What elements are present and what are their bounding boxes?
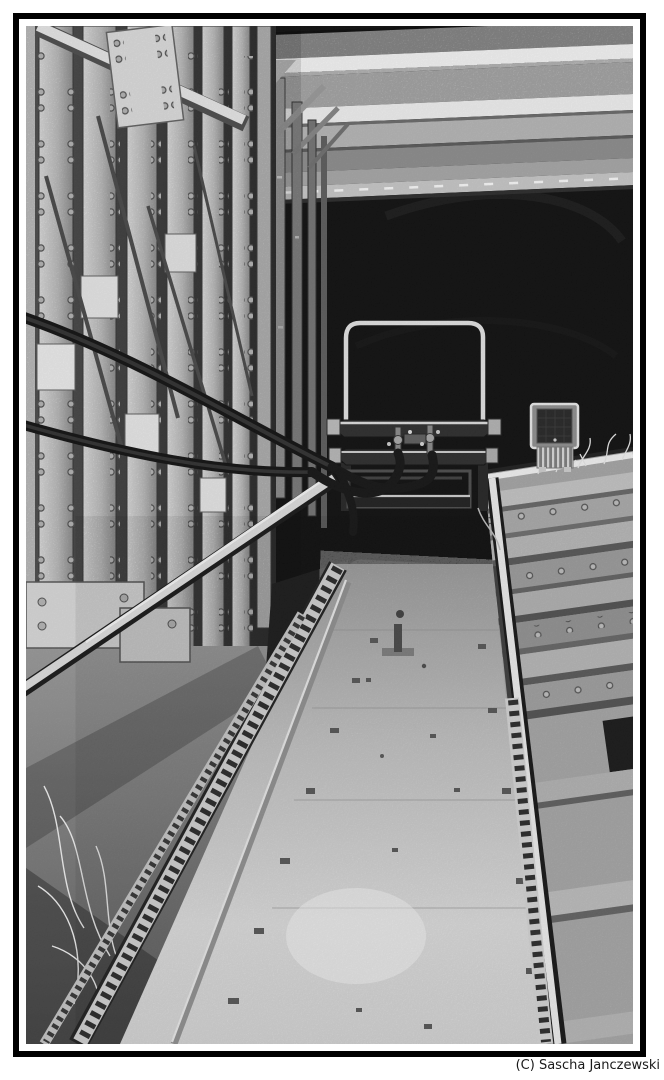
page-background: (C) Sascha Janczewski xyxy=(0,0,664,1080)
photo-frame xyxy=(13,13,646,1057)
film-grain xyxy=(26,26,633,1044)
photo xyxy=(26,26,633,1044)
photo-credit: (C) Sascha Janczewski xyxy=(516,1058,660,1074)
